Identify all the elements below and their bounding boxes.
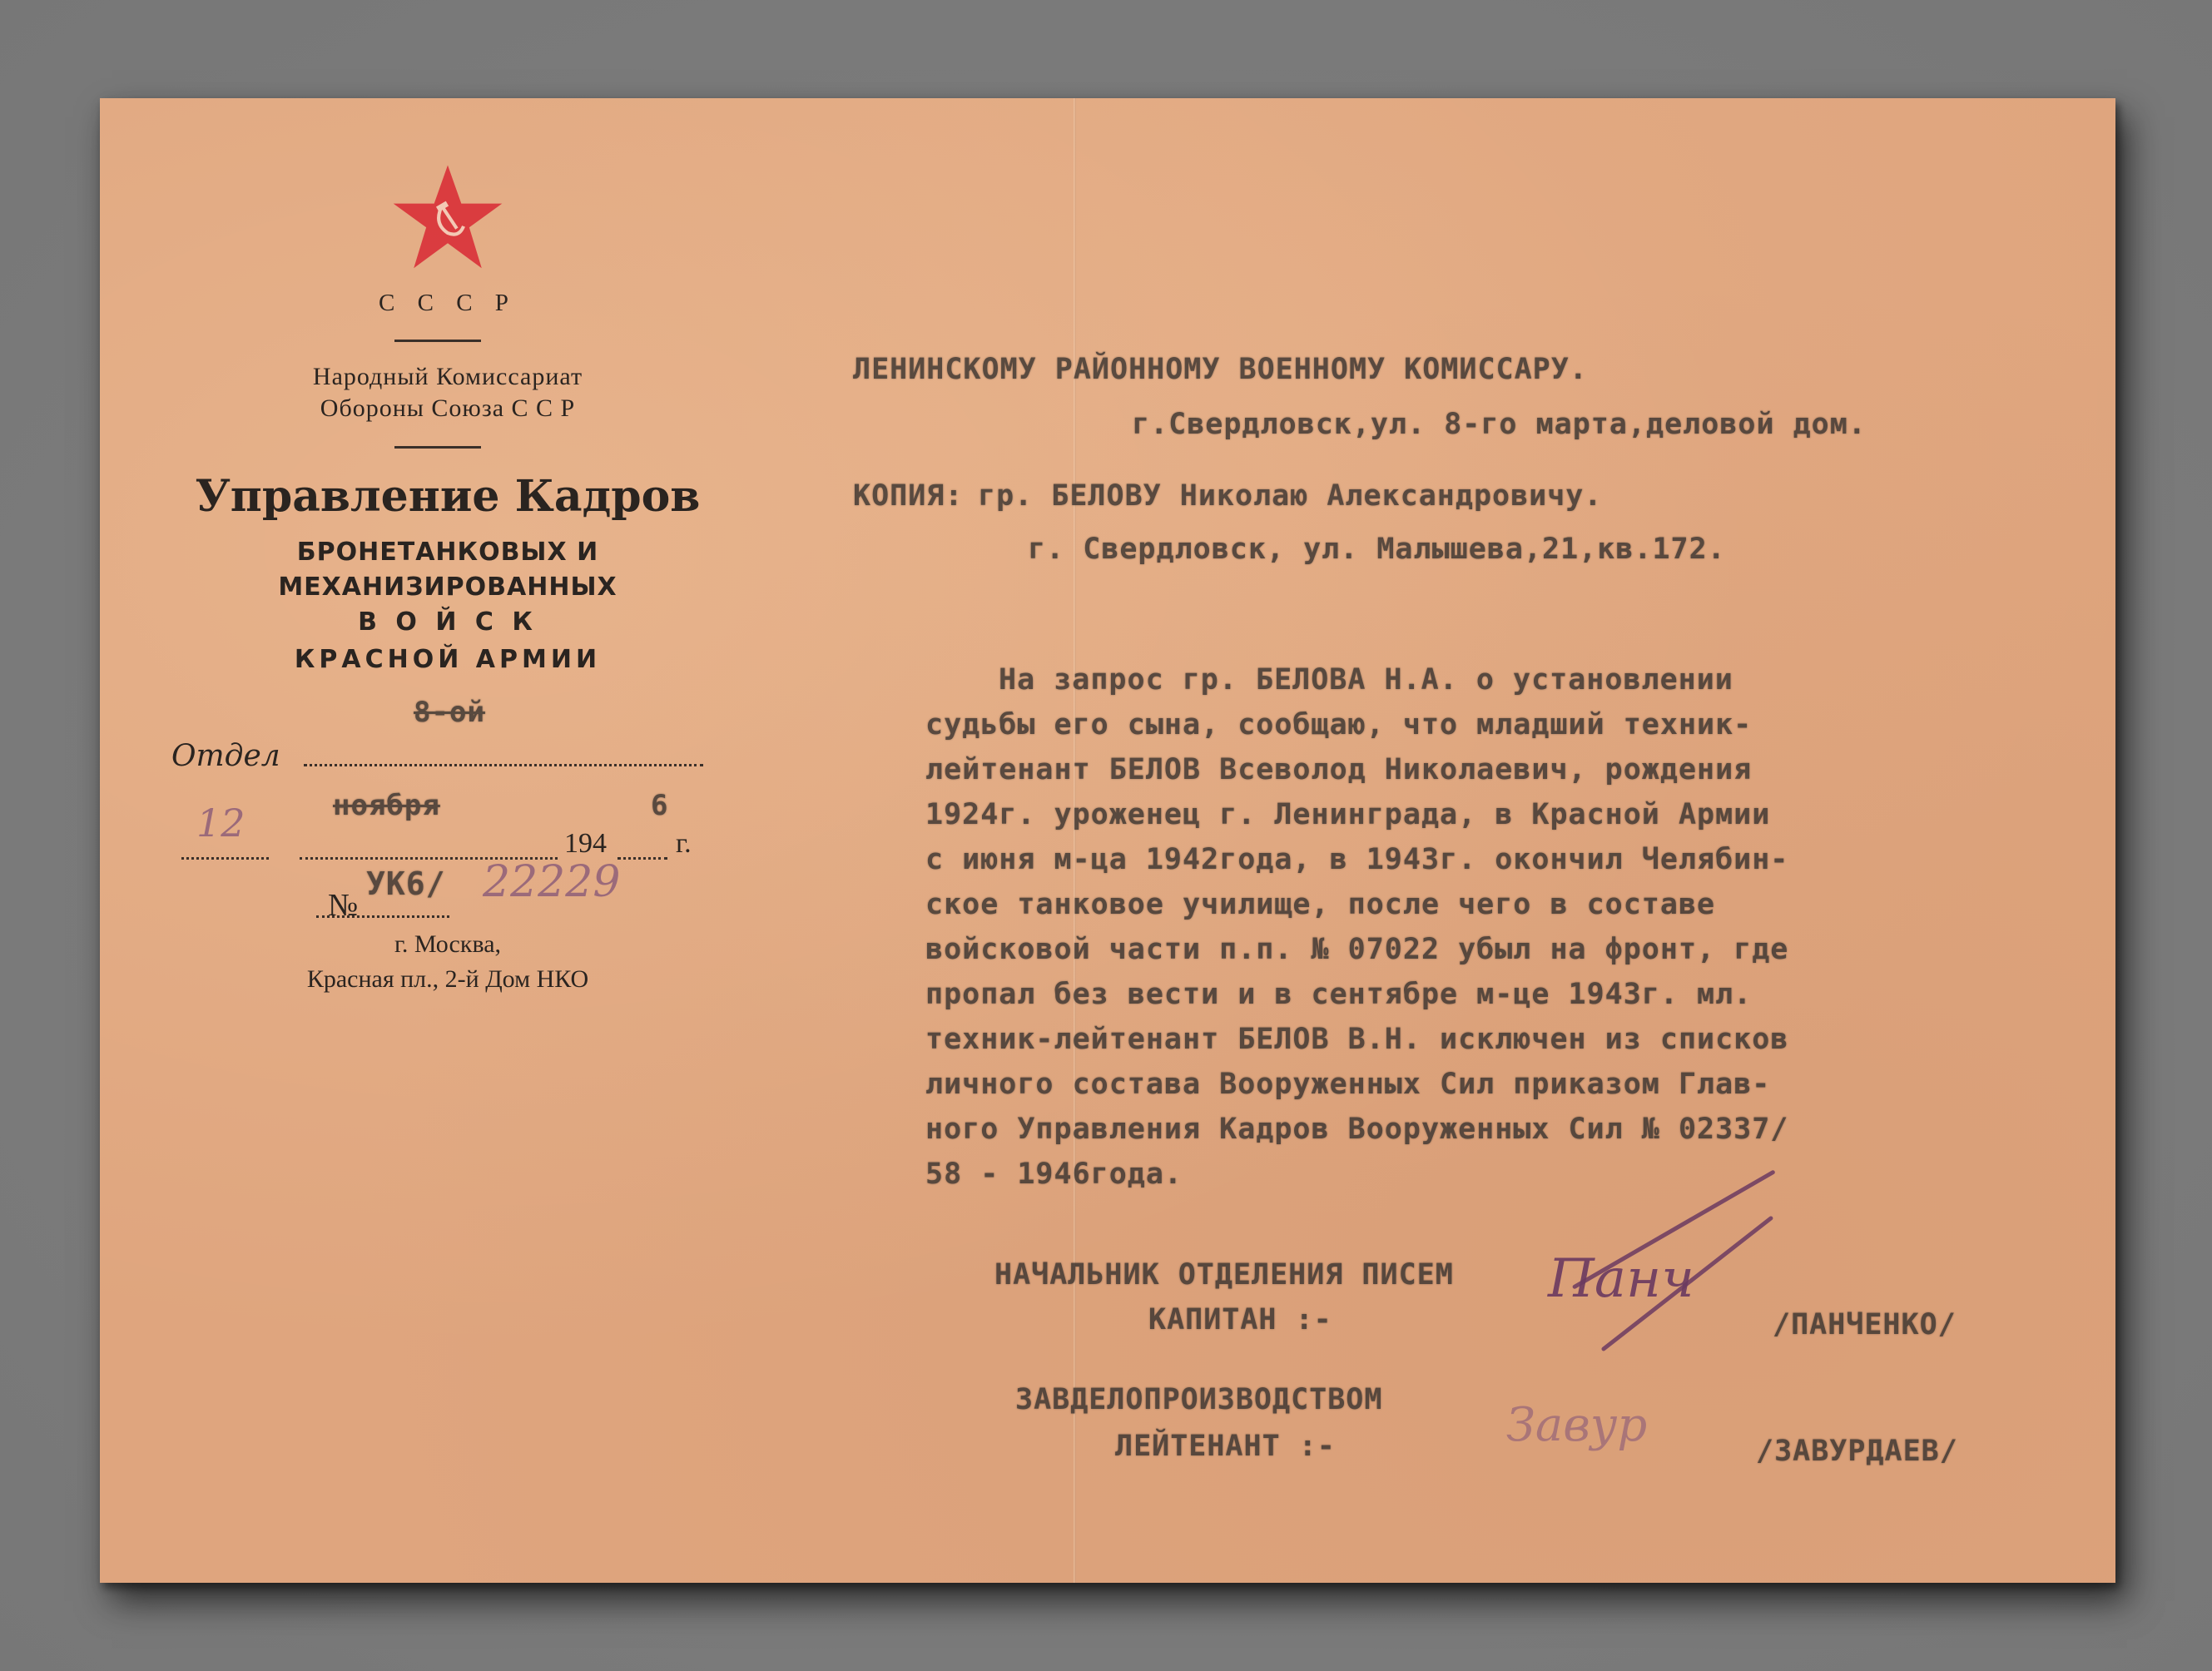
header-divider (394, 446, 481, 449)
date-year-line (617, 857, 667, 860)
paper-fold-crease (1074, 98, 1076, 1583)
body-line: личного состава Вооруженных Сил приказом… (925, 1068, 1770, 1101)
directorate-line4: КРАСНОЙ АРМИИ (156, 645, 739, 674)
date-month-typed: ноября (333, 789, 440, 822)
number-label: № (328, 887, 358, 924)
body-line: 58 - 1946года. (925, 1158, 1183, 1191)
body-line: с июня м-ца 1942года, в 1943г. окончил Ч… (925, 843, 1788, 876)
date-day-line (181, 857, 269, 860)
date-day-handwritten: 12 (196, 801, 246, 845)
header-divider (394, 340, 481, 342)
commissariat-line1: Народный Комиссариат (198, 363, 697, 391)
number-value-handwritten: 22229 (483, 857, 620, 907)
signatory-2-title: ЗАВДЕЛОПРОИЗВОДСТВОМ (1015, 1383, 1382, 1416)
body-line: ское танковое училище, после чего в сост… (925, 888, 1715, 921)
body-line: ного Управления Кадров Вооруженных Сил №… (925, 1113, 1788, 1146)
commissariat-line2: Обороны Союза С С Р (198, 394, 697, 423)
number-field-line (316, 915, 449, 918)
date-year-digit: 6 (651, 789, 668, 822)
copy-recipient: гр. БЕЛОВУ Николаю Александровичу. (978, 479, 1602, 513)
recipient-primary-address: г.Свердловск,ул. 8-го марта,деловой дом. (1132, 408, 1867, 441)
department-number: 8-ой (366, 696, 533, 729)
red-star-emblem-icon (391, 162, 504, 272)
department-label: Отдел (171, 739, 280, 773)
document-paper (100, 98, 2115, 1583)
signatory-2-rank: ЛЕЙТЕНАНТ :- (1115, 1430, 1336, 1463)
body-line: судьбы его сына, сообщаю, что младший те… (925, 708, 1752, 741)
body-line: 1924г. уроженец г. Ленинграда, в Красной… (925, 798, 1770, 831)
page-title: Управление Кадров (156, 471, 739, 522)
signatory-1-rank: КАПИТАН :- (1148, 1303, 1332, 1336)
signatory-1-title: НАЧАЛЬНИК ОТДЕЛЕНИЯ ПИСЕМ (994, 1258, 1454, 1292)
signatory-1-name: /ПАНЧЕНКО/ (1773, 1308, 1957, 1341)
date-year-unit: г. (676, 828, 692, 860)
copy-label: КОПИЯ: (853, 479, 963, 513)
department-field-line (304, 764, 703, 766)
date-year-prefix: 194 (564, 828, 607, 860)
body-line: пропал без вести и в сентябре м-це 1943г… (925, 978, 1752, 1011)
address-line2: Красная пл., 2-й Дом НКО (198, 965, 697, 994)
directorate-line1: БРОНЕТАНКОВЫХ И (156, 538, 739, 567)
address-line1: г. Москва, (198, 930, 697, 959)
body-line: техник-лейтенант БЕЛОВ В.Н. исключен из … (925, 1023, 1788, 1056)
recipient-primary: ЛЕНИНСКОМУ РАЙОННОМУ ВОЕННОМУ КОМИССАРУ. (853, 353, 1588, 386)
copy-recipient-address: г. Свердловск, ул. Малышева,21,кв.172. (1028, 533, 1726, 566)
body-line: лейтенант БЕЛОВ Всеволод Николаевич, рож… (925, 753, 1752, 786)
number-prefix-typed: УК6/ (366, 865, 446, 902)
directorate-line2: МЕХАНИЗИРОВАННЫХ (156, 573, 739, 602)
body-line: На запрос гр. БЕЛОВА Н.А. о установлении (999, 663, 1733, 697)
directorate-line3: В О Й С К (156, 607, 739, 637)
country-label: С С С Р (323, 290, 573, 317)
body-line: войсковой части п.п. № 07022 убыл на фро… (925, 933, 1788, 966)
signatory-2-name: /ЗАВУРДАЕВ/ (1756, 1435, 1958, 1468)
signatory-2-signature: Завур (1506, 1398, 1647, 1452)
